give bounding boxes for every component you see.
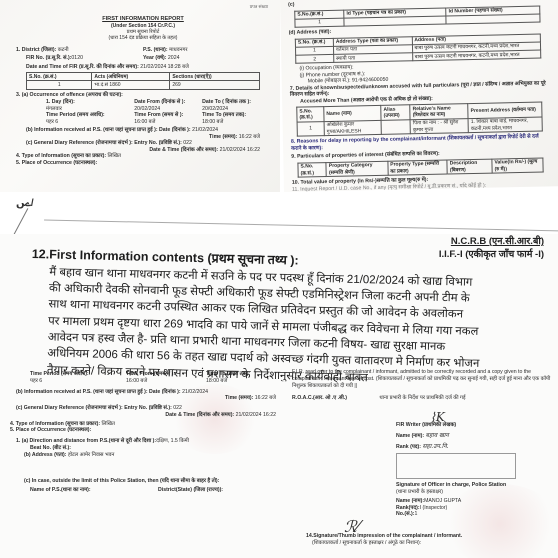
fir-title: FIRST INFORMATION REPORT: [16, 16, 270, 23]
fir-datetime-field: Date and Time of FIR (प्र.सू.रि. की दिना…: [26, 64, 270, 71]
occurrence-grid: 1. Day (दिन): Date From (दिनांक से ): Da…: [46, 99, 270, 125]
ncrb-line: N.C.R.B (एन.सी.आर.बी): [439, 236, 544, 249]
stamp-box: [396, 453, 516, 479]
place-label: 5. Place of Occurrence (घटनास्थल):: [16, 160, 270, 167]
district-field: 1. District (जिला): कटनी: [16, 47, 143, 54]
ps-field: P.S. (थाना): माधवनगर: [143, 47, 270, 54]
info-type-field: 4. Type of Information (सूचना का प्रकार)…: [10, 421, 286, 428]
fir-writer-signature: ⌇K: [430, 410, 554, 422]
officer-no-field: No.(सं.):1: [396, 511, 554, 518]
place-label: 5. Place of Occurrence (घटनास्थल):: [10, 427, 286, 434]
fir-page-top-left: प्रपत्र संख्या FIRST INFORMATION REPORT …: [0, 0, 280, 192]
fir-page-top-right: (c) S.No.(क्र.सं.) Id Type (पहचान पत्र क…: [280, 0, 558, 192]
table-header-row: S.No. (क्र.सं.) Property Category (सम्पत…: [298, 158, 543, 178]
address-table: S.No. (क्र.सं.) Address Type (पता का प्र…: [295, 33, 541, 64]
direction-field: 1. (a) Direction and distance from P.S.(…: [16, 438, 286, 445]
table-row: 1 भा.दं.सं 1860 269: [27, 81, 260, 89]
accused-table: S.No. (क्र.सं.) Name (नाम) Alias (उपनाम)…: [296, 102, 542, 137]
fir-subtitle-hi-2: (धारा 154 दंड प्रक्रिया संहिता के तहत): [16, 35, 270, 41]
gd-reference-field: (c) General Diary Reference (रोजनामचा सं…: [16, 405, 286, 412]
address-field: (b) Address (पता): होटल आमेर निवास भवन: [24, 452, 286, 459]
page-edge-line: [44, 220, 558, 232]
read-over-statement: F.I.R. read over to the complainant / in…: [292, 369, 554, 389]
year-field: Year (वर्ष): 2024: [143, 55, 270, 62]
id-table: S.No.(क्र.सं.) Id Type (पहचान पत्र का प्…: [294, 5, 540, 28]
district-state-field: District(State) (जिला (राज्य)):: [158, 487, 286, 494]
fir-page-bottom: N.C.R.B (एन.सी.आर.बी) I.I.F.-I (एकीकृत ज…: [0, 234, 558, 558]
beat-field: Beat No. (बीट सं.):: [30, 445, 286, 452]
officer-name-field: Name (नाम):MANOJ GUPTA: [396, 498, 554, 505]
roac-label: R.O.A.C.(आर. ओ .ए .सी.): [292, 395, 379, 402]
acts-table: S.No. (क्र.सं.) Acts (अधिनियम) Sections …: [26, 72, 260, 90]
roac-value: थाना प्रभारी के निर्देश पर प्राथमिकी दर्…: [379, 395, 554, 402]
officer-rank-field: Rank(पद):I (Inspector): [396, 505, 554, 512]
ps-name-field: Name of P.S.(थाना का नाम):: [30, 487, 158, 494]
page-gap: ےﮟ/: [0, 192, 558, 234]
occurrence-details-repeat: Time Period (समय अवधि): Time From (समय स…: [16, 370, 286, 494]
occurrence-label: 3. (a) Occurrence of offence (अपराध की घ…: [16, 92, 270, 99]
handwritten-mark: ےﮟ/: [16, 198, 34, 209]
pen-stroke: [9, 208, 29, 234]
outside-limit-label: (c) In case, outside the limit of this P…: [24, 478, 286, 485]
fir-no-field: FIR No. (प्र.सू.रि. सं.):0120: [26, 55, 153, 62]
info-time-field: Time (समय): 16:22 बजे: [16, 395, 286, 402]
first-information-contents: 12.First Information contents (प्रथम सूच…: [29, 246, 552, 387]
officer-signature-label-hi: (थाना प्रभारी के हस्ताक्षर): [396, 489, 554, 496]
table-header-row: S.No. (क्र.सं.) Acts (अधिनियम) Sections …: [27, 73, 260, 81]
signatures-section: F.I.R. read over to the complainant / in…: [292, 369, 554, 518]
complainant-signature-label: 14.Signature/Thumb impression of the com…: [306, 533, 462, 547]
corner-note: प्रपत्र संख्या: [250, 4, 268, 10]
gd-datetime-field: Date & Time (दिनांक और समय): 21/02/2024 …: [16, 412, 286, 419]
fir-writer-label: FIR Writer (प्राथमिकी लेखक): [396, 422, 554, 429]
writer-rank-field: Rank (पद): सहा.उप.नि.: [396, 443, 554, 451]
writer-name-field: Name (नाम): बहाव खान: [396, 432, 554, 440]
